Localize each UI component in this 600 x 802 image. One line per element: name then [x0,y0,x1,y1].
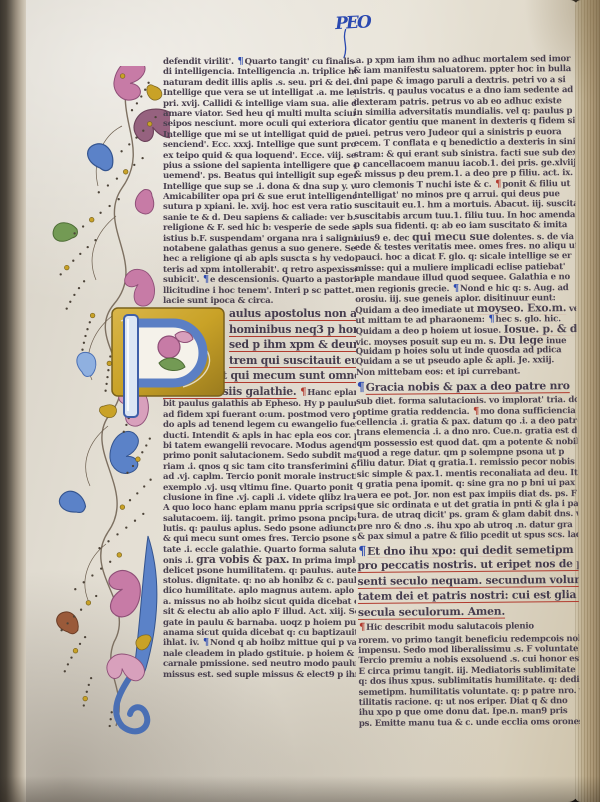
text-line: pro peccatis nostris. ut eripet nos de p… [357,556,578,573]
text-line: ¶Gracia nobis & pax a deo patre nro [356,376,577,397]
page-shading [0,776,600,802]
illuminated-initial-p [111,307,229,425]
text-line: ps. Emitte manu tua & c. unde ecclia oms… [359,717,580,729]
text-line: amare viator. Sed heu qi multi multa sci… [163,109,356,119]
text-line: lutis. q: paulus aplus. Sedo psone adiun… [163,524,356,534]
text-line: exemplo .vj. usq vltimu fine. Quarto pon… [163,483,356,493]
text-line: bi tatem ewangelii revocare. Modus agend… [163,441,356,451]
text-line: ihlat. iv. ¶Nond q ab hoibz mittue qui p… [163,638,356,648]
text-segment-small: sub diet. forma salutacionis. vo implora… [356,395,578,542]
text-line: lacie sunt ipoca & circa. [163,296,356,306]
text-line: senciend'. Ecc. xxxj. Intellige que sunt… [163,140,356,150]
text-line: teris ad xpm intollerabit'. q retro aspe… [163,265,356,275]
text-line: salutacoem. iij. tangit. primo psona pnc… [163,514,356,524]
text-line: tatem dei et patris nostri: cui est glia… [358,587,579,604]
text-line: ad .vj. caplm. Tercio ponit morale instr… [163,472,356,482]
text-line: Amicabiliter opa pri & sue erut intellig… [163,192,356,202]
text-line: onis .i. gra vobis & pax. In prima implo… [163,555,356,565]
text-line: missus est. sed suple missus & elect9 p … [163,670,356,680]
text-line: notabene galathas genus a suo genere. Se… [163,244,356,254]
text-segment-small: .a. p xpm iam ihm no adhuc mortalem sed … [353,54,577,378]
text-line: defendit virilit'. ¶Quarto tangit' cu fi… [163,57,356,67]
text-line: A quo loco hanc eplam manu ppria scripsi… [163,503,356,513]
text-line: uemend'. ps. Beatus qui intelligit sup e… [163,171,356,181]
text-line: Intellige que mi se ut intelligat quid d… [163,130,356,140]
text-line: carnale pmissione. sed neutro modo paulu… [163,659,356,669]
text-segment-small: defendit virilit'. ¶Quarto tangit' cu fi… [163,57,356,306]
text-line: sutura p xpiani. le. xvij. hoc est vera … [163,202,356,212]
manuscript-photo: PEO [0,0,600,802]
text-line: Quidam a se ut pseudo aple & apli. Je. x… [356,355,577,367]
text-line: primo ponit salutacionem. Sedo subdit ma… [163,451,356,461]
text-line: sit & electu ab alio aplo F illud. Act. … [163,607,356,617]
text-line: riam .i. qnos q sic tam cito transferimi… [163,462,356,472]
text-line: anama sicut quida dicebat q: cu baptizau… [163,628,356,638]
text-line: dico humilitate. aplo magnus autem. aplo… [163,586,356,596]
text-line: istius b.F. suspendam' organa nra i sali… [163,234,356,244]
text-line: & qui mecu sunt omes fres. Tercio psone … [163,534,356,544]
text-line: clusione in fine .vj. capli .i. videte q… [163,493,356,503]
text-line: pri. xvij. Callidi & intellige viam sua.… [163,99,356,109]
text-segment-small: bit paulus galathis ab Epheso. Hy p paul… [163,399,356,680]
text-line: tate .i. eccle galathie. Quarto forma sa… [163,545,356,555]
text-line: stolus. dignitate. q: no ab honibz & c. … [163,576,356,586]
text-line: a. missus no ab hoibz sicut quida diceba… [163,597,356,607]
text-line: ex teipo quid & qua loquend'. Ecce. viij… [163,151,356,161]
book-gutter [0,0,26,802]
text-line: delicet psone humilitatem. q: paulus. au… [163,566,356,576]
text-line: Intellige que vera se ut intelligat .a. … [163,88,356,98]
text-line: seipos nesciunt. more oculi qui exterior… [163,119,356,129]
text-segment-small: rorem. vo primo tangit beneficiu redempc… [358,634,580,729]
text-line: Intellige que sup se .i. dona & dna sup … [163,182,356,192]
text-line: gate in paulu & barnaba. uoqz p hoiem pu… [163,618,356,628]
text-line: subicit'. ¶e descensionis. Quarto a past… [163,275,356,285]
text-line: naturam dedit illis aplis .s. seu. pri &… [163,78,356,88]
text-column-right: .a. p xpm iam ihm no adhuc mortalem sed … [353,54,580,729]
text-line: nale cleadem in plado gstituie. p hoiem … [163,649,356,659]
text-line: di intelligencia. Intelligencia .n. trip… [163,67,356,77]
text-line: pius a ssione del sapienta intelligere q… [163,161,356,171]
text-column-left: defendit virilit'. ¶Quarto tangit' cu fi… [163,57,356,680]
text-segment-lemma: ¶Et dno ihu xpo: qui dedit semetipmpro p… [357,541,579,620]
text-line: hec a religione qi ab apls suscta s hy v… [163,254,356,264]
text-line: sanie te & d. Deu sapiens & caliade: ver… [163,213,356,223]
text-segment-heading: ¶Gracia nobis & pax a deo patre nro [356,376,577,397]
text-line: ducti. Intendit & apls in hac epla eos c… [163,431,356,441]
text-line: religione & F. sed hic b: vesperie de se… [163,223,356,233]
text-line: llicitudine i hoc tenem'. Interi p sc pa… [163,286,356,296]
